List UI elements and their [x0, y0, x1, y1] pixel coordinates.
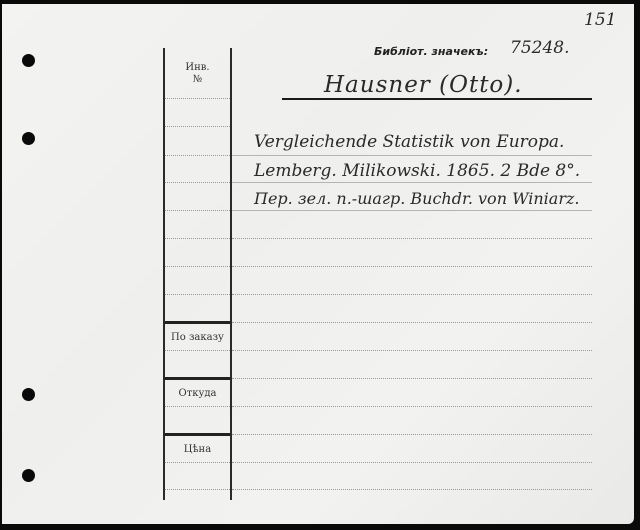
order-label: По заказу [165, 332, 230, 343]
ruled-line [232, 294, 592, 295]
ruled-line [165, 182, 230, 183]
ruled-line [232, 434, 592, 435]
ruled-line [165, 462, 230, 463]
ruled-line [232, 322, 592, 323]
inventory-number-sign: № [165, 74, 230, 85]
ruled-line [165, 238, 230, 239]
section-separator [165, 433, 230, 436]
binding-printer-line: Пер. зел. п.-шагр. Buchdr. von Winiarz. [254, 189, 579, 208]
ruled-line [232, 406, 592, 407]
ruled-line [165, 294, 230, 295]
ruled-line [165, 210, 230, 211]
inventory-label: Инв. [165, 62, 230, 73]
author-underline [282, 98, 592, 100]
left-column-border [230, 48, 232, 500]
ruled-line [232, 155, 592, 156]
ruled-line [165, 406, 230, 407]
punch-hole-icon [22, 54, 35, 67]
call-number-label: Библіот. значекъ: [374, 45, 488, 58]
ruled-line [232, 182, 592, 183]
section-separator [165, 321, 230, 324]
price-label: Цѣна [165, 444, 230, 455]
ruled-line [165, 266, 230, 267]
title-line: Vergleichende Statistik von Europa. [254, 132, 564, 152]
punch-hole-icon [22, 469, 35, 482]
page-number: 151 [584, 10, 616, 30]
ruled-line [165, 126, 230, 127]
catalog-card: 151 Библіот. значекъ: 75248. Инв. № Haus… [2, 4, 634, 524]
ruled-line [232, 489, 592, 490]
ruled-line [232, 210, 592, 211]
publication-line: Lemberg. Milikowski. 1865. 2 Bde 8°. [254, 161, 580, 181]
ruled-line [232, 266, 592, 267]
ruled-line [165, 489, 230, 490]
ruled-line [232, 350, 592, 351]
source-label: Откуда [165, 388, 230, 399]
punch-hole-icon [22, 132, 35, 145]
ruled-line [232, 462, 592, 463]
ruled-line [232, 238, 592, 239]
ruled-line [165, 350, 230, 351]
call-number-value: 75248. [510, 38, 569, 58]
punch-hole-icon [22, 388, 35, 401]
section-separator [165, 377, 230, 380]
ruled-line [165, 98, 230, 99]
ruled-line [232, 378, 592, 379]
author-name: Hausner (Otto). [324, 72, 523, 98]
ruled-line [165, 155, 230, 156]
